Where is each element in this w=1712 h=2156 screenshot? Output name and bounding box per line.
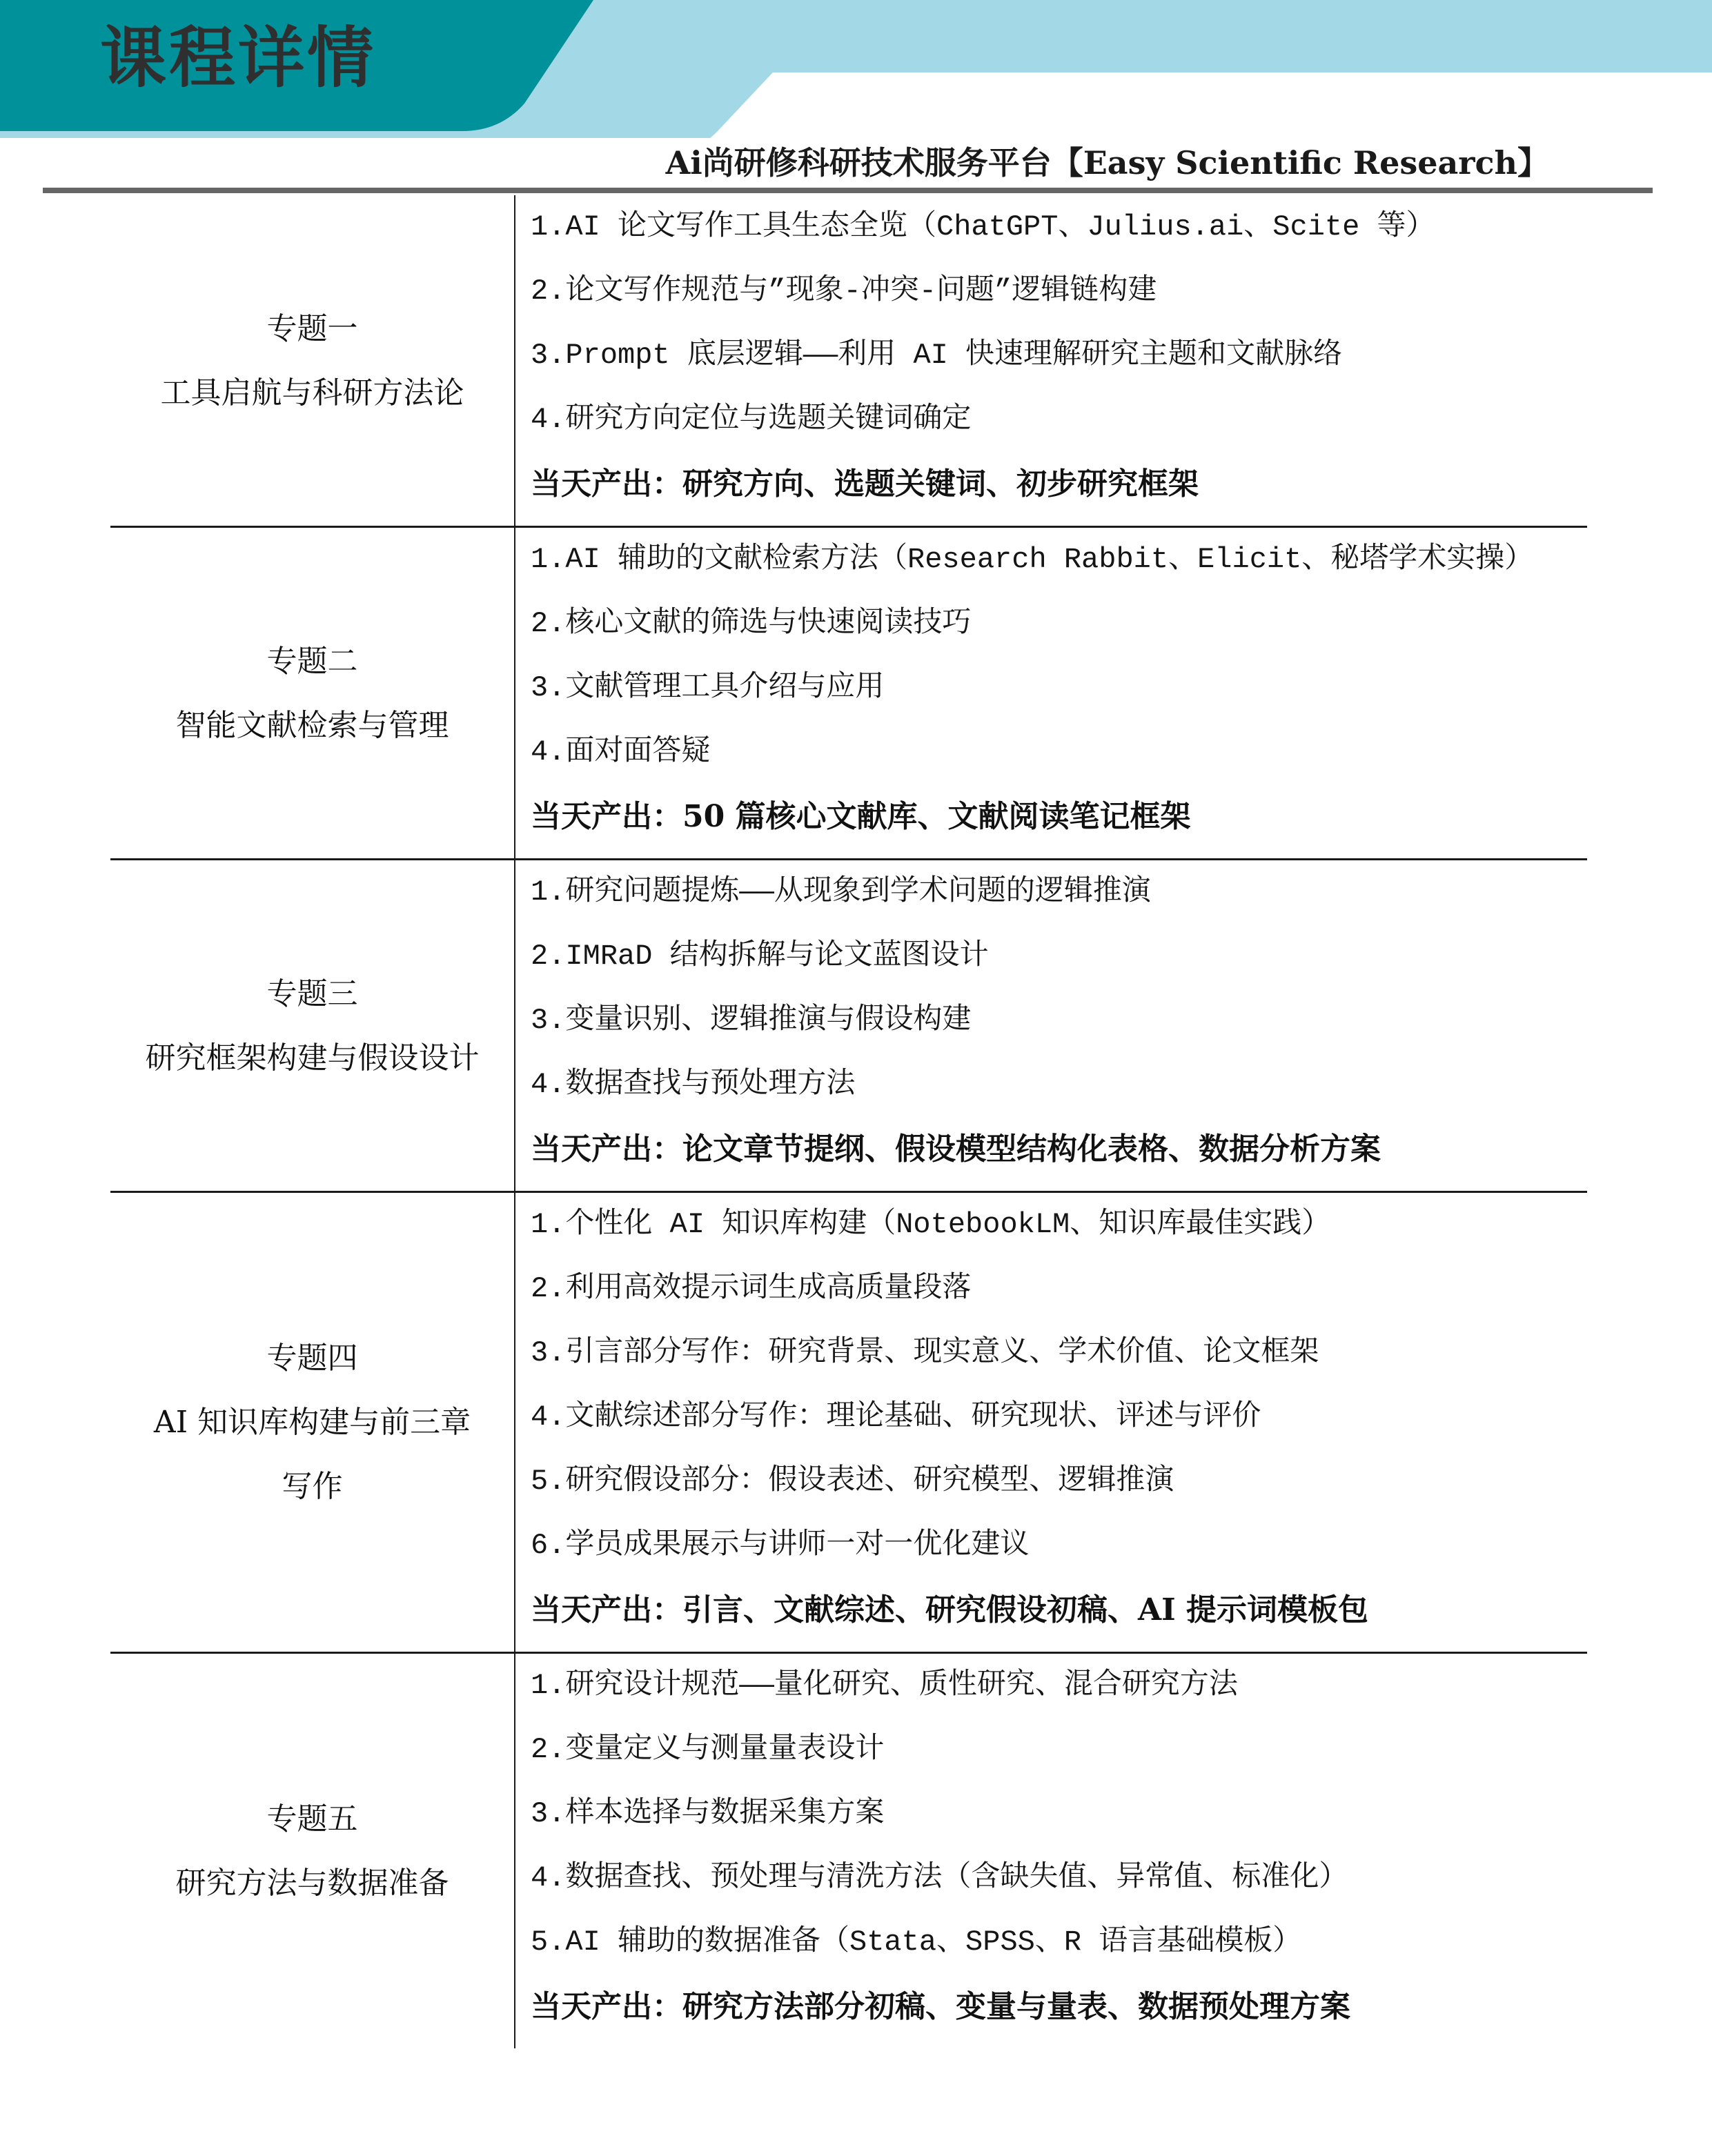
topic-item: 1.AI 辅助的文献检索方法（Research Rabbit、Elicit、秘塔… [531,528,1587,592]
topic-item: 4.数据查找与预处理方法 [531,1053,1587,1117]
topic-item: 2.利用高效提示词生成高质量段落 [531,1257,1587,1321]
daily-output: 当天产出：50 篇核心文献库、文献阅读笔记框架 [531,784,1587,849]
topic-item: 4.面对面答疑 [531,720,1587,784]
daily-output: 当天产出：论文章节提纲、假设模型结构化表格、数据分析方案 [531,1117,1587,1181]
topic-item: 2.论文写作规范与”现象-冲突-问题”逻辑链构建 [531,259,1587,324]
topic-name: 研究框架构建与假设设计 [146,1026,480,1090]
course-table: 专题一 工具启航与科研方法论 1.AI 论文写作工具生态全览（ChatGPT、J… [110,195,1587,2048]
topic-row-2: 专题二 智能文献检索与管理 1.AI 辅助的文献检索方法（Research Ra… [110,526,1587,858]
topic-item: 1.AI 论文写作工具生态全览（ChatGPT、Julius.ai、Scite … [531,195,1587,259]
topic-name: 智能文献检索与管理 [176,693,449,758]
topic-name: AI 知识库构建与前三章 [154,1390,471,1454]
topic-item: 3.样本选择与数据采集方案 [531,1782,1587,1846]
topic-item: 4.研究方向定位与选题关键词确定 [531,388,1587,452]
topic-row-3: 专题三 研究框架构建与假设设计 1.研究问题提炼——从现象到学术问题的逻辑推演 … [110,858,1587,1191]
topic-item: 1.个性化 AI 知识库构建（NotebookLM、知识库最佳实践） [531,1193,1587,1257]
topic-item: 5.研究假设部分：假设表述、研究模型、逻辑推演 [531,1450,1587,1514]
topic-item: 3.Prompt 底层逻辑——利用 AI 快速理解研究主题和文献脉络 [531,324,1587,388]
daily-output: 当天产出：引言、文献综述、研究假设初稿、AI 提示词模板包 [531,1578,1587,1642]
platform-subtitle: Ai尚研修科研技术服务平台【Easy Scientific Research】 [666,138,1549,184]
topic-row-4: 专题四 AI 知识库构建与前三章 写作 1.个性化 AI 知识库构建（Noteb… [110,1191,1587,1652]
topic-number: 专题二 [267,629,358,693]
topic-content-cell: 1.个性化 AI 知识库构建（NotebookLM、知识库最佳实践） 2.利用高… [515,1193,1587,1652]
topic-item: 3.文献管理工具介绍与应用 [531,656,1587,720]
topic-content-cell: 1.AI 辅助的文献检索方法（Research Rabbit、Elicit、秘塔… [515,528,1587,858]
topic-number: 专题一 [267,297,358,361]
topic-number: 专题三 [267,962,358,1026]
topic-item: 6.学员成果展示与讲师一对一优化建议 [531,1514,1587,1578]
daily-output: 当天产出：研究方法部分初稿、变量与量表、数据预处理方案 [531,1975,1587,2039]
topic-label-cell: 专题一 工具启航与科研方法论 [110,195,515,526]
topic-item: 3.引言部分写作：研究背景、现实意义、学术价值、论文框架 [531,1321,1587,1385]
topic-item: 3.变量识别、逻辑推演与假设构建 [531,989,1587,1053]
topic-number: 专题四 [267,1326,358,1390]
page-title: 课程详情 [100,25,376,91]
topic-row-5: 专题五 研究方法与数据准备 1.研究设计规范——量化研究、质性研究、混合研究方法… [110,1652,1587,2048]
header-divider [43,188,1653,193]
topic-item: 1.研究问题提炼——从现象到学术问题的逻辑推演 [531,860,1587,924]
topic-item: 2.IMRaD 结构拆解与论文蓝图设计 [531,924,1587,989]
topic-name: 工具启航与科研方法论 [161,361,464,425]
topic-content-cell: 1.AI 论文写作工具生态全览（ChatGPT、Julius.ai、Scite … [515,195,1587,526]
topic-row-1: 专题一 工具启航与科研方法论 1.AI 论文写作工具生态全览（ChatGPT、J… [110,195,1587,526]
topic-label-cell: 专题四 AI 知识库构建与前三章 写作 [110,1193,515,1652]
topic-label-cell: 专题二 智能文献检索与管理 [110,528,515,858]
topic-name: 研究方法与数据准备 [176,1851,449,1915]
topic-item: 2.变量定义与测量量表设计 [531,1718,1587,1782]
topic-item: 5.AI 辅助的数据准备（Stata、SPSS、R 语言基础模板） [531,1910,1587,1975]
topic-item: 1.研究设计规范——量化研究、质性研究、混合研究方法 [531,1654,1587,1718]
topic-label-cell: 专题三 研究框架构建与假设设计 [110,860,515,1191]
topic-number: 专题五 [267,1787,358,1851]
topic-label-cell: 专题五 研究方法与数据准备 [110,1654,515,2048]
topic-content-cell: 1.研究问题提炼——从现象到学术问题的逻辑推演 2.IMRaD 结构拆解与论文蓝… [515,860,1587,1191]
topic-content-cell: 1.研究设计规范——量化研究、质性研究、混合研究方法 2.变量定义与测量量表设计… [515,1654,1587,2048]
topic-item: 4.文献综述部分写作：理论基础、研究现状、评述与评价 [531,1385,1587,1450]
daily-output: 当天产出：研究方向、选题关键词、初步研究框架 [531,452,1587,516]
topic-item: 4.数据查找、预处理与清洗方法（含缺失值、异常值、标准化） [531,1846,1587,1910]
topic-name-continued: 写作 [282,1454,343,1519]
topic-item: 2.核心文献的筛选与快速阅读技巧 [531,592,1587,656]
